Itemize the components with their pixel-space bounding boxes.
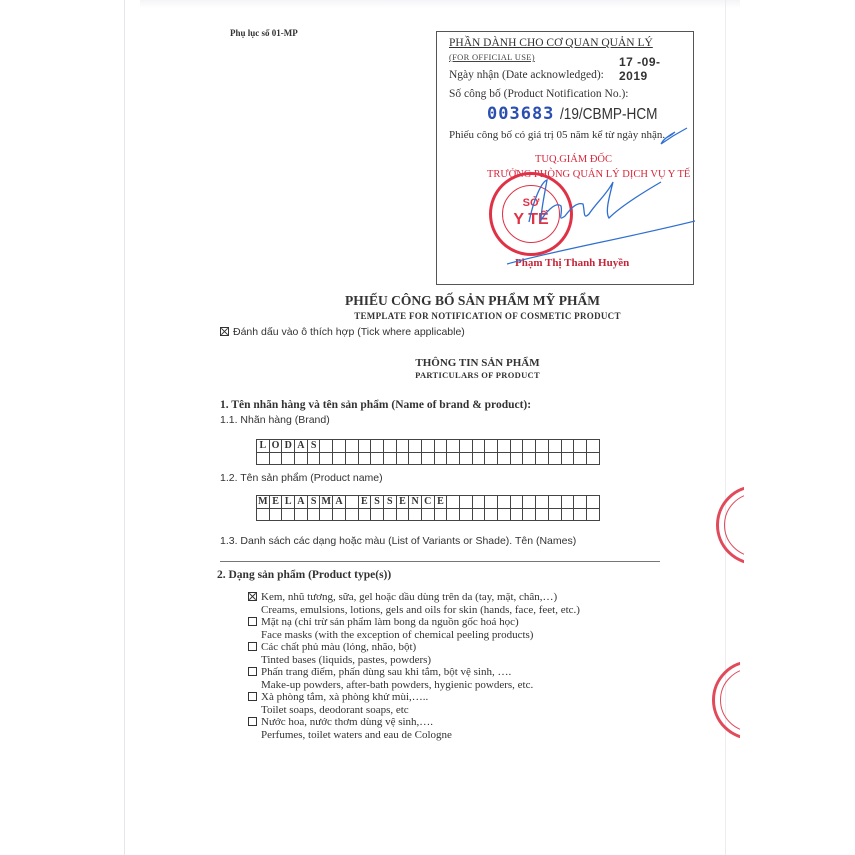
grid-cell[interactable] bbox=[574, 452, 587, 465]
grid-cell[interactable]: O bbox=[269, 440, 282, 453]
product-type-label-en: Perfumes, toilet waters and eau de Colog… bbox=[248, 729, 580, 742]
notification-number-suffix: /19/CBMP-HCM bbox=[560, 106, 657, 124]
grid-cell[interactable] bbox=[396, 508, 409, 521]
appendix-label: Phụ lục số 01-MP bbox=[230, 28, 298, 38]
grid-cell[interactable] bbox=[574, 496, 587, 509]
product-type-option[interactable]: Xà phòng tắm, xà phòng khử mùi,…..Toilet… bbox=[248, 691, 580, 716]
grid-cell[interactable] bbox=[472, 452, 485, 465]
grid-cell[interactable] bbox=[345, 440, 358, 453]
grid-cell[interactable] bbox=[447, 440, 460, 453]
grid-cell[interactable] bbox=[345, 452, 358, 465]
part1-heading: 1. Tên nhãn hàng và tên sản phẩm (Name o… bbox=[220, 399, 531, 411]
grid-cell[interactable] bbox=[282, 508, 295, 521]
grid-cell[interactable]: S bbox=[383, 496, 396, 509]
grid-cell[interactable] bbox=[536, 508, 549, 521]
grid-cell[interactable]: A bbox=[333, 496, 346, 509]
grid-cell[interactable] bbox=[523, 508, 536, 521]
notification-number-label: Số công bố (Product Notification No.): bbox=[449, 88, 629, 100]
variants-entry-line[interactable] bbox=[220, 561, 660, 562]
grid-cell[interactable] bbox=[485, 496, 498, 509]
product-type-option[interactable]: Nước hoa, nước thơm dùng vệ sinh,….Perfu… bbox=[248, 716, 580, 741]
grid-cell[interactable] bbox=[434, 452, 447, 465]
product-type-label-vn: Xà phòng tắm, xà phòng khử mùi,….. bbox=[261, 691, 428, 703]
grid-cell[interactable]: E bbox=[396, 496, 409, 509]
grid-cell[interactable]: M bbox=[320, 496, 333, 509]
scan-top-edge bbox=[140, 0, 740, 8]
grid-cell[interactable]: M bbox=[257, 496, 270, 509]
grid-cell[interactable] bbox=[447, 496, 460, 509]
grid-cell[interactable] bbox=[586, 496, 599, 509]
grid-cell[interactable]: D bbox=[282, 440, 295, 453]
grid-cell[interactable] bbox=[358, 508, 371, 521]
grid-cell[interactable] bbox=[371, 440, 384, 453]
grid-cell[interactable] bbox=[295, 452, 308, 465]
partial-seal-stamp bbox=[710, 660, 740, 740]
checkbox-icon[interactable] bbox=[248, 692, 257, 701]
checkbox-icon[interactable] bbox=[248, 642, 257, 651]
official-use-title: PHẦN DÀNH CHO CƠ QUAN QUẢN LÝ bbox=[449, 37, 653, 49]
grid-cell[interactable] bbox=[447, 508, 460, 521]
grid-cell[interactable] bbox=[472, 440, 485, 453]
official-seal-stamp: SỞ Y TẾ bbox=[489, 172, 573, 256]
grid-cell[interactable] bbox=[396, 440, 409, 453]
grid-cell[interactable] bbox=[548, 496, 561, 509]
grid-cell[interactable] bbox=[307, 452, 320, 465]
grid-cell[interactable] bbox=[498, 496, 511, 509]
grid-cell[interactable] bbox=[574, 440, 587, 453]
grid-cell[interactable] bbox=[485, 452, 498, 465]
product-type-label-vn: Các chất phủ màu (lỏng, nhão, bột) bbox=[261, 641, 416, 653]
grid-cell[interactable] bbox=[282, 452, 295, 465]
product-type-label-vn: Nước hoa, nước thơm dùng vệ sinh,…. bbox=[261, 716, 433, 728]
checked-box-icon bbox=[220, 327, 229, 336]
grid-cell[interactable] bbox=[574, 508, 587, 521]
grid-cell[interactable] bbox=[561, 440, 574, 453]
grid-cell[interactable]: A bbox=[295, 496, 308, 509]
partial-seal-stamp bbox=[714, 485, 744, 565]
grid-cell[interactable] bbox=[498, 440, 511, 453]
grid-cell[interactable] bbox=[333, 440, 346, 453]
grid-cell[interactable] bbox=[548, 508, 561, 521]
grid-cell[interactable] bbox=[485, 508, 498, 521]
grid-cell[interactable] bbox=[460, 452, 473, 465]
product-type-label-vn: Mặt nạ (chỉ trừ sản phẩm làm bong da ngu… bbox=[261, 616, 519, 628]
grid-cell[interactable] bbox=[548, 440, 561, 453]
part2-heading: 2. Dạng sản phẩm (Product type(s)) bbox=[217, 569, 391, 581]
product-type-option[interactable]: Phấn trang điểm, phấn dùng sau khi tắm, … bbox=[248, 666, 580, 691]
grid-cell[interactable] bbox=[257, 508, 270, 521]
grid-cell[interactable]: E bbox=[269, 496, 282, 509]
grid-cell[interactable] bbox=[536, 496, 549, 509]
grid-cell[interactable] bbox=[510, 496, 523, 509]
grid-cell[interactable]: L bbox=[257, 440, 270, 453]
grid-cell[interactable] bbox=[523, 496, 536, 509]
grid-cell[interactable] bbox=[472, 508, 485, 521]
brand-character-grid[interactable]: LODAS bbox=[256, 439, 600, 465]
grid-cell[interactable] bbox=[434, 508, 447, 521]
grid-cell[interactable] bbox=[498, 508, 511, 521]
signer-name: Phạm Thị Thanh Huyền bbox=[515, 257, 629, 269]
grid-cell[interactable]: E bbox=[434, 496, 447, 509]
seal-text-bottom: Y TẾ bbox=[492, 211, 570, 229]
authority-title: TUQ.GIÁM ĐỐC bbox=[535, 154, 612, 165]
grid-cell[interactable] bbox=[409, 508, 422, 521]
form-title-en: TEMPLATE FOR NOTIFICATION OF COSMETIC PR… bbox=[0, 311, 855, 321]
grid-cell[interactable] bbox=[548, 452, 561, 465]
official-use-subtitle: (FOR OFFICIAL USE) bbox=[449, 52, 535, 62]
grid-cell[interactable] bbox=[561, 496, 574, 509]
grid-cell[interactable] bbox=[434, 440, 447, 453]
grid-cell[interactable] bbox=[257, 452, 270, 465]
section-title-vn: THÔNG TIN SẢN PHẨM bbox=[0, 357, 855, 369]
grid-cell[interactable] bbox=[409, 440, 422, 453]
grid-cell[interactable] bbox=[536, 452, 549, 465]
product-type-label-vn: Kem, nhũ tương, sữa, gel hoặc dầu dùng t… bbox=[261, 591, 557, 603]
grid-cell[interactable]: A bbox=[295, 440, 308, 453]
grid-cell[interactable] bbox=[447, 452, 460, 465]
official-use-box: PHẦN DÀNH CHO CƠ QUAN QUẢN LÝ (FOR OFFIC… bbox=[436, 31, 694, 285]
product-name-character-grid[interactable]: MELASMAESSENCE bbox=[256, 495, 600, 521]
grid-cell[interactable] bbox=[498, 452, 511, 465]
grid-cell[interactable] bbox=[307, 508, 320, 521]
brand-label: 1.1. Nhãn hàng (Brand) bbox=[220, 414, 330, 426]
grid-cell[interactable] bbox=[409, 452, 422, 465]
grid-cell[interactable] bbox=[345, 508, 358, 521]
grid-cell[interactable] bbox=[586, 440, 599, 453]
grid-cell[interactable] bbox=[510, 452, 523, 465]
grid-cell[interactable] bbox=[586, 508, 599, 521]
form-title-vn: PHIẾU CÔNG BỐ SẢN PHẨM MỸ PHẨM bbox=[0, 293, 855, 309]
date-acknowledged-value: 17 -09- 2019 bbox=[619, 55, 693, 83]
tick-instruction: Đánh dấu vào ô thích hợp (Tick where app… bbox=[220, 326, 465, 338]
grid-cell[interactable]: S bbox=[307, 440, 320, 453]
notification-number-stamped: 003683 bbox=[487, 104, 554, 124]
product-type-option[interactable]: Kem, nhũ tương, sữa, gel hoặc dầu dùng t… bbox=[248, 591, 580, 616]
grid-cell[interactable]: E bbox=[358, 496, 371, 509]
grid-cell[interactable] bbox=[561, 452, 574, 465]
grid-cell[interactable] bbox=[586, 452, 599, 465]
grid-cell[interactable] bbox=[536, 440, 549, 453]
variants-label: 1.3. Danh sách các dạng hoặc màu (List o… bbox=[220, 535, 576, 547]
grid-cell[interactable] bbox=[333, 452, 346, 465]
grid-cell[interactable] bbox=[333, 508, 346, 521]
product-type-label-en: Face masks (with the exception of chemic… bbox=[248, 629, 580, 642]
grid-cell[interactable] bbox=[320, 440, 333, 453]
grid-cell[interactable] bbox=[510, 440, 523, 453]
product-type-list: Kem, nhũ tương, sữa, gel hoặc dầu dùng t… bbox=[248, 591, 580, 741]
product-name-label: 1.2. Tên sản phẩm (Product name) bbox=[220, 472, 383, 484]
tick-instruction-text: Đánh dấu vào ô thích hợp (Tick where app… bbox=[233, 326, 465, 338]
checkbox-icon[interactable] bbox=[248, 667, 257, 676]
grid-cell[interactable] bbox=[320, 452, 333, 465]
grid-cell[interactable] bbox=[561, 508, 574, 521]
grid-cell[interactable] bbox=[383, 508, 396, 521]
grid-cell[interactable] bbox=[523, 440, 536, 453]
grid-cell[interactable]: C bbox=[421, 496, 434, 509]
seal-text-top: SỞ bbox=[492, 197, 570, 209]
checkbox-icon[interactable] bbox=[248, 617, 257, 626]
grid-cell[interactable] bbox=[472, 496, 485, 509]
grid-cell[interactable] bbox=[383, 440, 396, 453]
product-type-label-vn: Phấn trang điểm, phấn dùng sau khi tắm, … bbox=[261, 666, 511, 678]
product-type-label-en: Make-up powders, after-bath powders, hyg… bbox=[248, 679, 580, 692]
grid-cell[interactable] bbox=[485, 440, 498, 453]
grid-cell[interactable] bbox=[295, 508, 308, 521]
grid-cell[interactable]: S bbox=[307, 496, 320, 509]
grid-cell[interactable] bbox=[345, 496, 358, 509]
product-type-option[interactable]: Mặt nạ (chỉ trừ sản phẩm làm bong da ngu… bbox=[248, 616, 580, 641]
grid-cell[interactable] bbox=[421, 508, 434, 521]
grid-cell[interactable] bbox=[421, 440, 434, 453]
product-type-label-en: Tinted bases (liquids, pastes, powders) bbox=[248, 654, 580, 667]
notification-number: 003683/19/CBMP-HCM bbox=[487, 104, 675, 124]
grid-cell[interactable] bbox=[320, 508, 333, 521]
grid-cell[interactable] bbox=[371, 508, 384, 521]
grid-cell[interactable] bbox=[269, 452, 282, 465]
grid-cell[interactable] bbox=[396, 452, 409, 465]
grid-cell[interactable] bbox=[523, 452, 536, 465]
date-acknowledged-label: Ngày nhận (Date acknowledged): bbox=[449, 69, 604, 81]
product-type-label-en: Toilet soaps, deodorant soaps, etc bbox=[248, 704, 580, 717]
grid-cell[interactable] bbox=[371, 452, 384, 465]
grid-cell[interactable] bbox=[510, 508, 523, 521]
product-type-label-en: Creams, emulsions, lotions, gels and oil… bbox=[248, 604, 580, 617]
grid-cell[interactable] bbox=[383, 452, 396, 465]
grid-cell[interactable] bbox=[269, 508, 282, 521]
grid-cell[interactable] bbox=[460, 496, 473, 509]
grid-cell[interactable] bbox=[421, 452, 434, 465]
grid-cell[interactable] bbox=[460, 508, 473, 521]
section-title-en: PARTICULARS OF PRODUCT bbox=[0, 370, 855, 380]
checkbox-icon[interactable] bbox=[248, 717, 257, 726]
grid-cell[interactable]: L bbox=[282, 496, 295, 509]
product-type-option[interactable]: Các chất phủ màu (lỏng, nhão, bột)Tinted… bbox=[248, 641, 580, 666]
grid-cell[interactable]: N bbox=[409, 496, 422, 509]
grid-cell[interactable]: S bbox=[371, 496, 384, 509]
grid-cell[interactable] bbox=[358, 452, 371, 465]
grid-cell[interactable] bbox=[358, 440, 371, 453]
page-edge-left bbox=[124, 0, 125, 855]
grid-cell[interactable] bbox=[460, 440, 473, 453]
checked-box-icon[interactable] bbox=[248, 592, 257, 601]
validity-note: Phiếu công bố có giá trị 05 năm kể từ ng… bbox=[449, 129, 665, 141]
